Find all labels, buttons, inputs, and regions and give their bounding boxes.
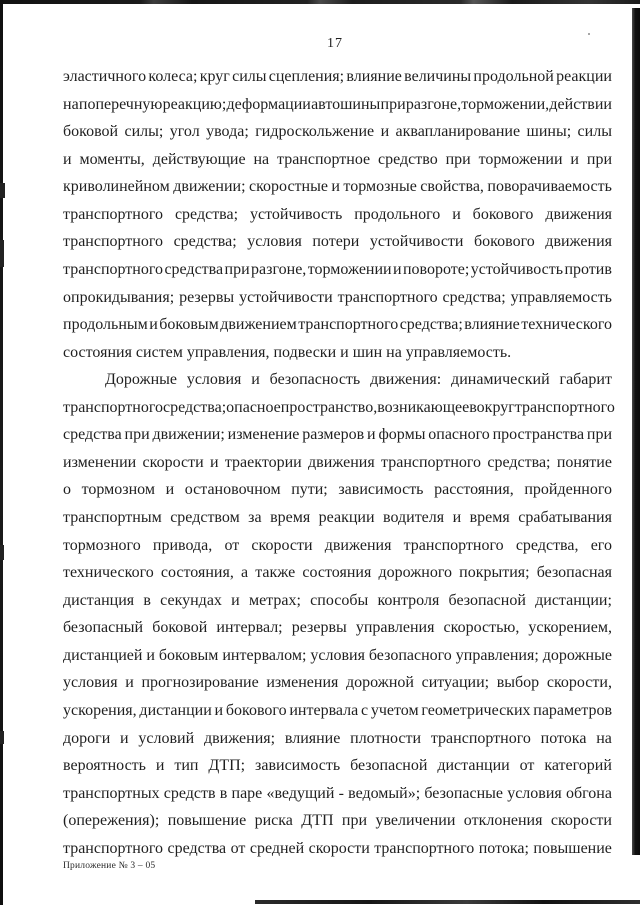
text-line: дорогииусловийдвижения;влияниеплотностит…: [63, 725, 612, 753]
text-line: отормозномиостановочномпути;зависимостьр…: [63, 476, 612, 504]
footer-note: Приложение № 3 – 05: [63, 861, 155, 871]
text-line: криволинейномдвижении;скоростныеитормозн…: [63, 173, 612, 201]
text-line: состояния систем управления, подвески и …: [63, 339, 612, 367]
scan-edge-top: [0, 0, 640, 4]
text-line: безопасныйбоковойинтервал;резервыуправле…: [63, 614, 612, 642]
text-line: средствапридвижении;изменениеразмеровифо…: [63, 421, 612, 449]
text-line: Дорожныеусловияибезопасностьдвижения:дин…: [63, 366, 612, 394]
text-line: эластичногоколеса;кругсилысцепления;влия…: [63, 63, 612, 91]
scan-artifact-mark: [0, 183, 5, 198]
text-line: (опережения);повышениерискаДТПприувеличе…: [63, 807, 612, 835]
text-line: транспортногосредства;опасноепространств…: [63, 394, 612, 422]
text-line: транспортногосредства;устойчивостьпродол…: [63, 201, 612, 229]
document-body: эластичногоколеса;кругсилысцепления;влия…: [63, 63, 612, 862]
text-line: дистанциявсекундахиметрах;способыконтрол…: [63, 587, 612, 615]
paragraph-vehicle-dynamics: эластичногоколеса;кругсилысцепления;влия…: [63, 63, 612, 366]
scan-edge-right: [632, 8, 640, 855]
scan-artifact-mark: [0, 731, 4, 744]
scan-edge-left: [0, 0, 3, 905]
text-line: техническогосостояния,атакжесостояниядор…: [63, 559, 612, 587]
scan-artifact-mark: [0, 545, 4, 560]
page-number: 17: [0, 36, 640, 52]
text-line: имоменты,действующиенатранспортноесредст…: [63, 146, 612, 174]
text-line: боковойсилы;уголувода;гидроскольжениеиак…: [63, 118, 612, 146]
text-line: условияипрогнозированиеизменениядорожной…: [63, 669, 612, 697]
text-line: напоперечнуюреакцию;деформацииавтошиныпр…: [63, 91, 612, 119]
text-line: вероятностьитипДТП;зависимостьбезопасной…: [63, 752, 612, 780]
text-line: транспортнымсредствомзавремяреакцииводит…: [63, 504, 612, 532]
text-line: ускорения,дистанцииибоковогоинтерваласуч…: [63, 697, 612, 725]
document-page: 17 эластичногоколеса;кругсилысцепления;в…: [0, 0, 640, 905]
text-line: транспортногосредства;условияпотериустой…: [63, 228, 612, 256]
scan-artifact-speck: [588, 33, 590, 35]
scan-edge-bottom: [255, 900, 640, 904]
text-line: транспортногосредстваприразгоне,торможен…: [63, 256, 612, 284]
text-line: продольнымибоковымдвижениемтранспортного…: [63, 311, 612, 339]
scan-artifact-mark: [0, 240, 4, 267]
text-line: опрокидывания;резервыустойчивоститранспо…: [63, 284, 612, 312]
text-line: транспортногосредстваотсреднейскороститр…: [63, 835, 612, 863]
text-line: изменениискоростиитраекториидвижениятран…: [63, 449, 612, 477]
paragraph-road-conditions-safety: Дорожныеусловияибезопасностьдвижения:дин…: [63, 366, 612, 862]
text-line: тормозногопривода,отскоростидвижениятран…: [63, 532, 612, 560]
text-line: транспортныхсредстввпаре«ведущий-ведомый…: [63, 780, 612, 808]
text-line: дистанциейибоковыминтервалом;условиябезо…: [63, 642, 612, 670]
